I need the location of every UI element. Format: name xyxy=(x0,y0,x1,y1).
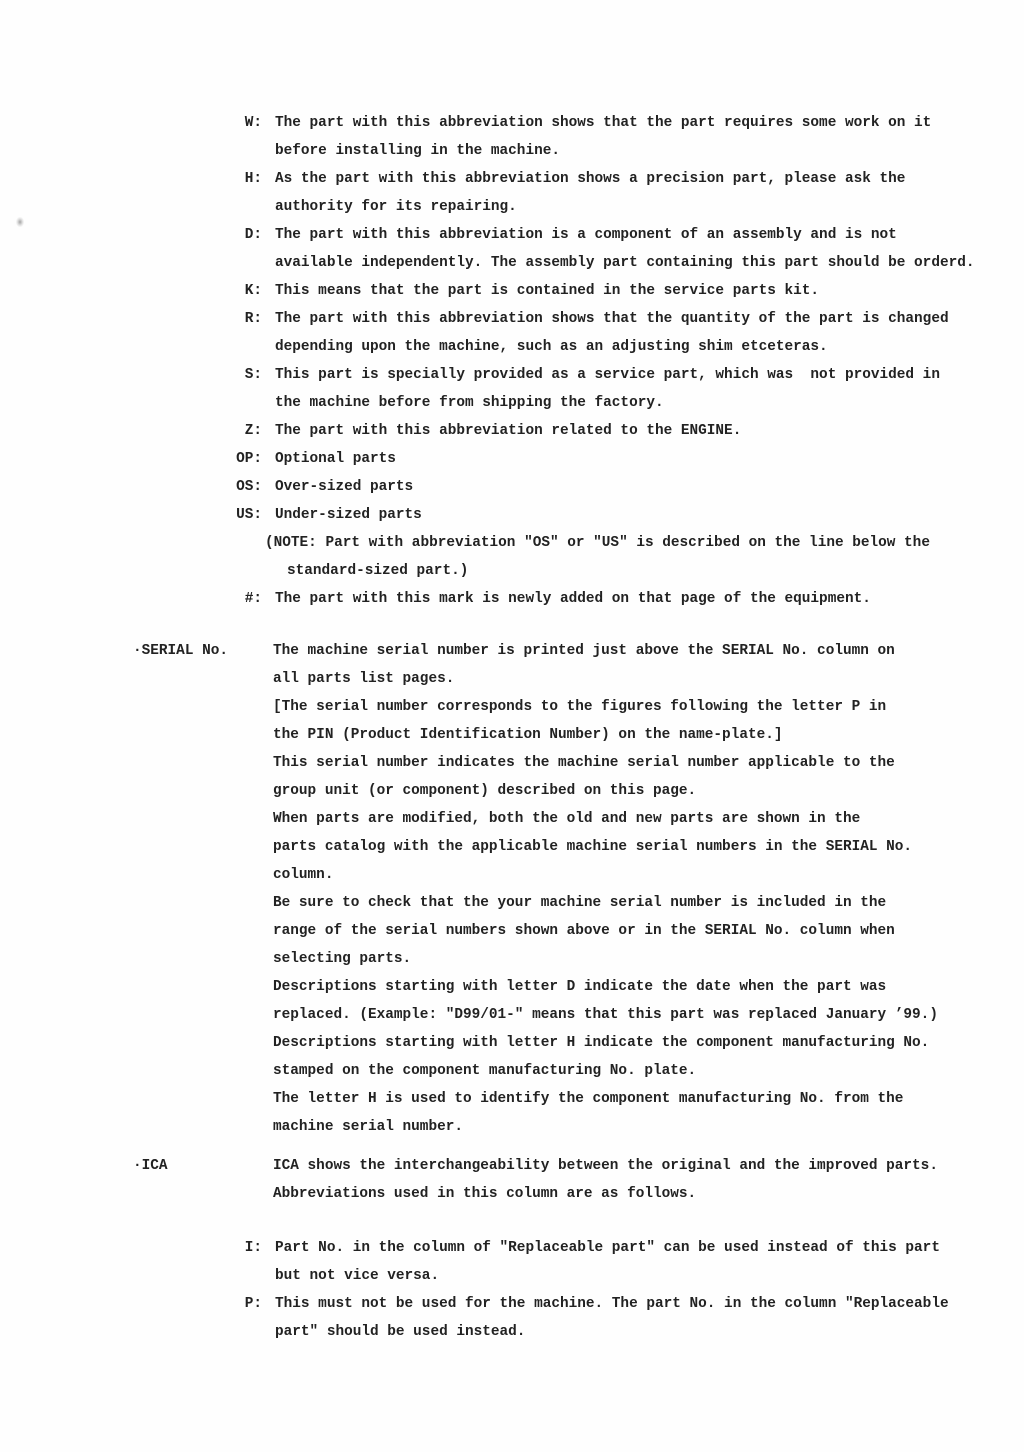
serial-text-line: This serial number indicates the machine… xyxy=(273,749,1024,777)
ica-desc-line: but not vice versa. xyxy=(275,1262,1024,1290)
serial-text-line: Descriptions starting with letter D indi… xyxy=(273,973,1024,1001)
symbol-item-op: OP: Optional parts xyxy=(0,445,1024,473)
symbol-abbrev: D: xyxy=(0,221,262,249)
serial-text-line: group unit (or component) described on t… xyxy=(273,777,1024,805)
ica-desc-line: This must not be used for the machine. T… xyxy=(275,1290,1024,1318)
symbol-desc-line: Optional parts xyxy=(275,445,1024,473)
symbol-item-us: US: Under-sized parts xyxy=(0,501,1024,529)
symbol-item-z: Z: The part with this abbreviation relat… xyxy=(0,417,1024,445)
symbol-desc-line: The part with this abbreviation related … xyxy=(275,417,1024,445)
symbol-abbrev: K: xyxy=(0,277,262,305)
symbol-item-k: K: This means that the part is contained… xyxy=(0,277,1024,305)
note-line: (NOTE: Part with abbreviation ″OS″ or ″U… xyxy=(0,529,1024,557)
serial-text-line: the PIN (Product Identification Number) … xyxy=(273,721,1024,749)
note-block: (NOTE: Part with abbreviation ″OS″ or ″U… xyxy=(0,529,1024,585)
ica-item-p: P: This must not be used for the machine… xyxy=(0,1290,1024,1346)
symbol-desc-line: The part with this mark is newly added o… xyxy=(275,585,1024,613)
symbol-item-os: OS: Over-sized parts xyxy=(0,473,1024,501)
ica-abbrev: P: xyxy=(0,1290,262,1318)
symbol-desc-line: depending upon the machine, such as an a… xyxy=(275,333,1024,361)
symbol-item-s: S: This part is specially provided as a … xyxy=(0,361,1024,417)
serial-no-label: ·SERIAL No. xyxy=(133,637,228,665)
symbol-abbrev: W: xyxy=(0,109,262,137)
symbol-item-w: W: The part with this abbreviation shows… xyxy=(0,109,1024,165)
serial-text-line: selecting parts. xyxy=(273,945,1024,973)
ica-text-line: ICA shows the interchangeability between… xyxy=(273,1152,1024,1180)
serial-text-line: Be sure to check that the your machine s… xyxy=(273,889,1024,917)
serial-text-line: stamped on the component manufacturing N… xyxy=(273,1057,1024,1085)
serial-text-line: When parts are modified, both the old an… xyxy=(273,805,1024,833)
ica-abbrev: I: xyxy=(0,1234,262,1262)
serial-text-line: [The serial number corresponds to the fi… xyxy=(273,693,1024,721)
symbol-desc-line: before installing in the machine. xyxy=(275,137,1024,165)
serial-text-line: The letter H is used to identify the com… xyxy=(273,1085,1024,1113)
symbol-item-h: H: As the part with this abbreviation sh… xyxy=(0,165,1024,221)
symbol-desc-line: Under-sized parts xyxy=(275,501,1024,529)
symbol-abbrev: US: xyxy=(0,501,262,529)
serial-text-line: replaced. (Example: "D99/01-" means that… xyxy=(273,1001,1024,1029)
symbol-desc-line: The part with this abbreviation shows th… xyxy=(275,109,1024,137)
symbol-desc-line: As the part with this abbreviation shows… xyxy=(275,165,1024,193)
serial-text-line: column. xyxy=(273,861,1024,889)
symbol-abbrev: #: xyxy=(0,585,262,613)
symbol-abbrev: OP: xyxy=(0,445,262,473)
note-line: standard-sized part.) xyxy=(0,557,1024,585)
symbol-abbrev: S: xyxy=(0,361,262,389)
ica-abbreviation-list: I: Part No. in the column of ″Replaceabl… xyxy=(0,1234,1024,1346)
serial-text-line: The machine serial number is printed jus… xyxy=(273,637,1024,665)
symbol-desc-line: This means that the part is contained in… xyxy=(275,277,1024,305)
symbol-abbrev: R: xyxy=(0,305,262,333)
symbol-abbreviation-list: W: The part with this abbreviation shows… xyxy=(0,109,1024,613)
ica-section: ·ICA ICA shows the interchangeability be… xyxy=(0,1152,1024,1208)
ica-desc-line: Part No. in the column of ″Replaceable p… xyxy=(275,1234,1024,1262)
symbol-desc-line: available independently. The assembly pa… xyxy=(275,249,1024,277)
symbol-item-r: R: The part with this abbreviation shows… xyxy=(0,305,1024,361)
symbol-desc-line: The part with this abbreviation is a com… xyxy=(275,221,1024,249)
symbol-desc-line: The part with this abbreviation shows th… xyxy=(275,305,1024,333)
scanned-manual-page: W: The part with this abbreviation shows… xyxy=(0,0,1024,1452)
symbol-item-d: D: The part with this abbreviation is a … xyxy=(0,221,1024,277)
symbol-abbrev: H: xyxy=(0,165,262,193)
serial-text-line: all parts list pages. xyxy=(273,665,1024,693)
ica-desc-line: part″ should be used instead. xyxy=(275,1318,1024,1346)
serial-text-line: machine serial number. xyxy=(273,1113,1024,1141)
symbol-abbrev: OS: xyxy=(0,473,262,501)
serial-text-line: parts catalog with the applicable machin… xyxy=(273,833,1024,861)
ica-label: ·ICA xyxy=(133,1152,168,1180)
serial-no-section: ·SERIAL No. The machine serial number is… xyxy=(0,637,1024,1141)
serial-text-line: range of the serial numbers shown above … xyxy=(273,917,1024,945)
serial-text-line: Descriptions starting with letter H indi… xyxy=(273,1029,1024,1057)
symbol-desc-line: Over-sized parts xyxy=(275,473,1024,501)
ica-item-i: I: Part No. in the column of ″Replaceabl… xyxy=(0,1234,1024,1290)
symbol-desc-line: the machine before from shipping the fac… xyxy=(275,389,1024,417)
symbol-item-hash: #: The part with this mark is newly adde… xyxy=(0,585,1024,613)
ica-text-line: Abbreviations used in this column are as… xyxy=(273,1180,1024,1208)
symbol-desc-line: This part is specially provided as a ser… xyxy=(275,361,1024,389)
symbol-desc-line: authority for its repairing. xyxy=(275,193,1024,221)
symbol-abbrev: Z: xyxy=(0,417,262,445)
